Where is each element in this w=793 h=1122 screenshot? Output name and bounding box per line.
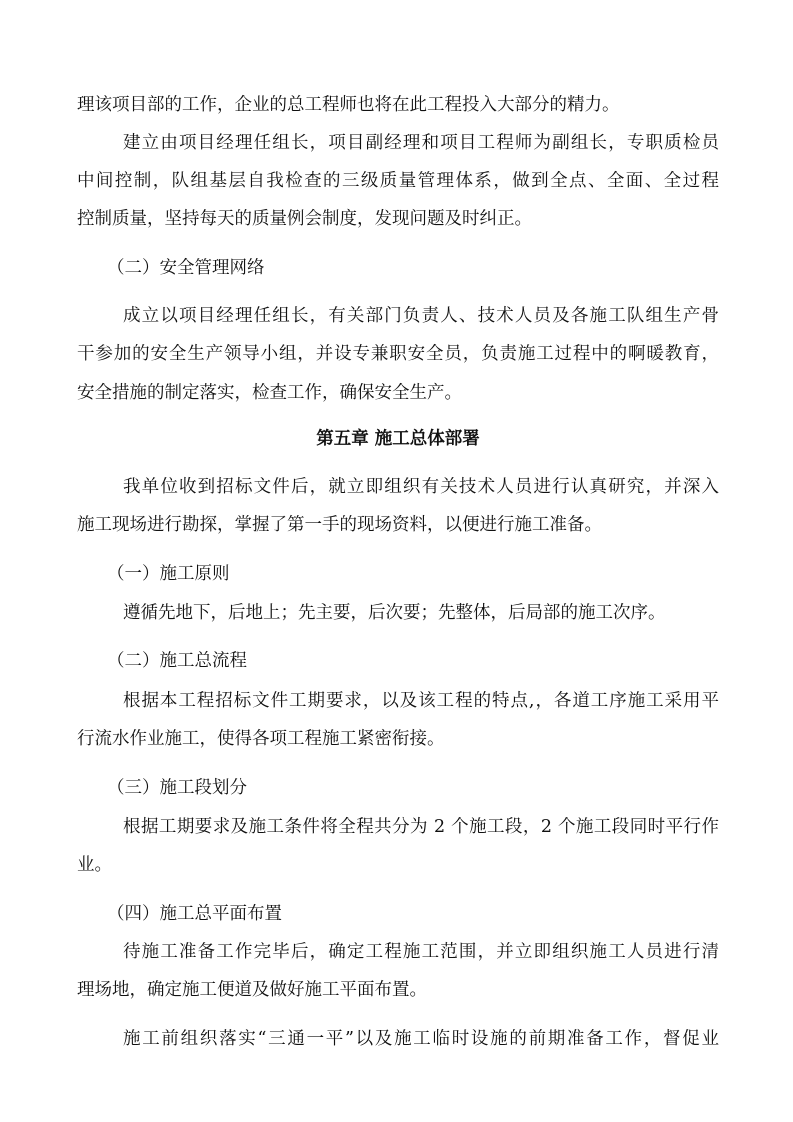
- paragraph-continuation: 行流水作业施工，使得各项工程施工紧密衔接。: [77, 727, 719, 751]
- paragraph-continuation: 理该项目部的工作，企业的总工程师也将在此工程投入大部分的精力。: [77, 93, 719, 117]
- paragraph-continuation: 干参加的安全生产领导小组，并设专兼职安全员，负责施工过程中的啊暖教育，: [77, 342, 719, 366]
- paragraph-continuation: 施工现场进行勘探，掌握了第一手的现场资料，以便进行施工准备。: [77, 513, 719, 537]
- paragraph-general-flow: 根据本工程招标文件工期要求，以及该工程的特点,，各道工序施工采用平: [77, 689, 719, 713]
- paragraph-continuation: 安全措施的制定落实，检查工作，确保安全生产。: [77, 381, 719, 405]
- paragraph-continuation: 控制质量，坚持每天的质量例会制度，发现问题及时纠正。: [77, 207, 719, 231]
- paragraph-continuation: 中间控制，队组基层自我检查的三级质量管理体系，做到全点、全面、全过程: [77, 169, 719, 193]
- paragraph-site-layout: 待施工准备工作完毕后，确定工程施工范围，并立即组织施工人员进行清: [77, 940, 719, 964]
- section-heading-safety-network: （二）安全管理网络: [77, 256, 719, 280]
- paragraph-three-connections: 施工前组织落实“三通一平”以及施工临时设施的前期准备工作，督促业: [77, 1027, 719, 1051]
- section-heading-general-flow: （二）施工总流程: [77, 649, 719, 673]
- paragraph-continuation: 业。: [77, 853, 719, 877]
- chapter-title: 第五章 施工总体部署: [77, 427, 719, 451]
- section-heading-site-layout: （四）施工总平面布置: [77, 902, 719, 926]
- paragraph-principles: 遵循先地下，后地上；先主要，后次要；先整体，后局部的施工次序。: [77, 601, 719, 625]
- section-heading-principles: （一）施工原则: [77, 562, 719, 586]
- paragraph-continuation: 理场地，确定施工便道及做好施工平面布置。: [77, 978, 719, 1002]
- paragraph-safety-group: 成立以项目经理任组长，有关部门负责人、技术人员及各施工队组生产骨: [77, 304, 719, 328]
- paragraph-segments: 根据工期要求及施工条件将全程共分为 2 个施工段，2 个施工段同时平行作: [77, 815, 719, 839]
- section-heading-segments: （三）施工段划分: [77, 776, 719, 800]
- paragraph-preparation: 我单位收到招标文件后，就立即组织有关技术人员进行认真研究，并深入: [77, 475, 719, 499]
- paragraph-quality-system: 建立由项目经理任组长，项目副经理和项目工程师为副组长，专职质检员: [77, 131, 719, 155]
